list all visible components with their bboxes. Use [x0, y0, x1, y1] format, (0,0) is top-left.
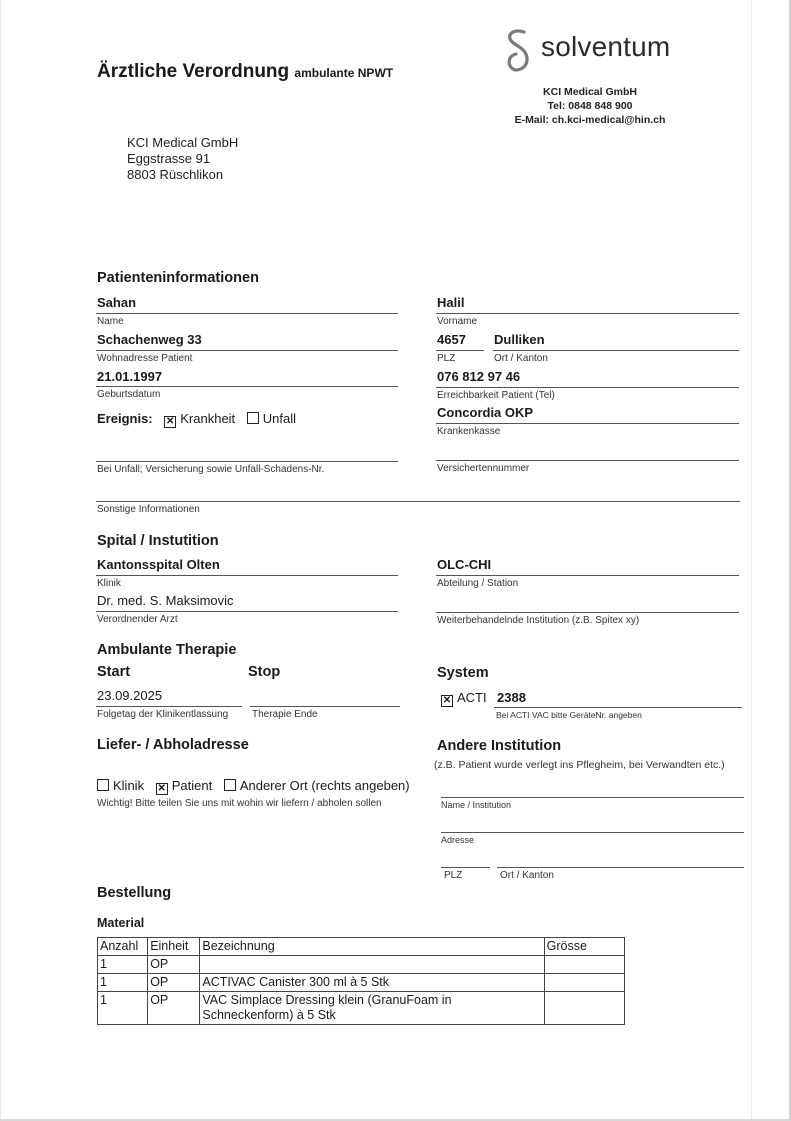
address-line-3: 8803 Rüschlikon [127, 167, 238, 183]
cell-einheit[interactable]: OP [148, 992, 200, 1025]
section-heading-therapy: Ambulante Therapie [97, 642, 236, 658]
other-institution-name-label: Name / Institution [441, 800, 511, 810]
delivery-option-label: Anderer Ort (rechts angeben) [240, 778, 410, 793]
other-info-label: Sonstige Informationen [97, 504, 200, 515]
contact-email: E-Mail: ch.kci-medical@hin.ch [490, 113, 690, 127]
cell-groesse[interactable] [544, 974, 624, 992]
clinic-value[interactable]: Kantonsspital Olten [97, 557, 220, 572]
delivery-option-label: Patient [172, 778, 212, 793]
therapy-stop-heading: Stop [248, 664, 280, 680]
solventum-logo: solventum [505, 28, 715, 76]
title-main: Ärztliche Verordnung [97, 61, 289, 82]
cell-einheit[interactable]: OP [148, 956, 200, 974]
recipient-address: KCI Medical GmbH Eggstrasse 91 8803 Rüsc… [127, 135, 238, 183]
other-institution-plz-label: PLZ [444, 870, 462, 881]
patient-address-label: Wohnadresse Patient [97, 353, 192, 364]
therapy-start-value[interactable]: 23.09.2025 [97, 688, 162, 703]
delivery-option-klinik[interactable]: Klinik [97, 778, 148, 793]
follow-up-label: Weiterbehandelnde Institution (z.B. Spit… [437, 615, 639, 626]
patient-birthdate-label: Geburtsdatum [97, 389, 160, 400]
department-line [436, 575, 739, 576]
cell-einheit[interactable]: OP [148, 974, 200, 992]
patient-phone-label: Erreichbarkeit Patient (Tel) [437, 390, 555, 401]
patient-name-label: Name [97, 316, 124, 327]
cell-groesse[interactable] [544, 992, 624, 1025]
other-institution-hint: (z.B. Patient wurde verlegt ins Pfleghei… [434, 759, 725, 771]
patient-insurance-line [436, 423, 739, 424]
patient-vorname-line [436, 313, 739, 314]
therapy-stop-label: Therapie Ende [252, 709, 318, 720]
follow-up-line[interactable] [436, 612, 739, 613]
patient-plz-value[interactable]: 4657 [437, 332, 466, 347]
column-header-groesse: Grösse [544, 938, 624, 956]
doctor-value[interactable]: Dr. med. S. Maksimovic [97, 593, 234, 608]
other-institution-address-line[interactable] [441, 832, 744, 833]
cell-groesse[interactable] [544, 956, 624, 974]
event-option-krankheit[interactable]: ✕Krankheit [164, 411, 239, 426]
system-hint: Bei ACTI VAC bitte GeräteNr. angeben [496, 710, 642, 720]
therapy-start-label: Folgetag der Klinikentlassung [97, 709, 228, 720]
solventum-s-icon [505, 28, 531, 74]
section-heading-order: Bestellung [97, 885, 171, 901]
table-header-row: Anzahl Einheit Bezeichnung Grösse [98, 938, 625, 956]
address-line-1: KCI Medical GmbH [127, 135, 238, 151]
patient-vorname-value[interactable]: Halil [437, 295, 464, 310]
scan-edge-right-inner [751, 0, 752, 1121]
patient-phone-line [436, 387, 739, 388]
contact-tel: Tel: 0848 848 900 [490, 99, 690, 113]
other-institution-address-label: Adresse [441, 835, 474, 845]
other-institution-name-line[interactable] [441, 797, 744, 798]
cell-anzahl[interactable]: 1 [98, 956, 148, 974]
checkbox-unchecked-icon[interactable] [224, 779, 236, 791]
logo-text: solventum [541, 31, 670, 63]
patient-ort-line [493, 350, 739, 351]
material-heading: Material [97, 916, 144, 930]
patient-vorname-label: Vorname [437, 316, 477, 327]
delivery-options: Klinik ✕Patient Anderer Ort (rechts ange… [97, 778, 418, 795]
checkbox-unchecked-icon[interactable] [97, 779, 109, 791]
therapy-stop-line[interactable] [250, 706, 400, 707]
clinic-label: Klinik [97, 578, 121, 589]
delivery-note: Wichtig! Bitte teilen Sie uns mit wohin … [97, 798, 382, 809]
address-line-2: Eggstrasse 91 [127, 151, 238, 167]
patient-plz-line [436, 350, 484, 351]
patient-insurance-value[interactable]: Concordia OKP [437, 405, 533, 420]
event-field: Ereignis: ✕Krankheit Unfall [97, 411, 304, 428]
column-header-anzahl: Anzahl [98, 938, 148, 956]
cell-anzahl[interactable]: 1 [98, 992, 148, 1025]
scan-edge-left [0, 0, 1, 1121]
other-institution-ort-line[interactable] [497, 867, 744, 868]
other-institution-plz-line[interactable] [441, 867, 490, 868]
section-heading-delivery: Liefer- / Abholadresse [97, 737, 249, 753]
delivery-option-patient[interactable]: ✕Patient [156, 778, 216, 793]
patient-phone-value[interactable]: 076 812 97 46 [437, 369, 520, 384]
doctor-line [96, 611, 398, 612]
other-institution-ort-label: Ort / Kanton [500, 870, 554, 881]
patient-birthdate-line [96, 386, 398, 387]
cell-bezeichnung[interactable]: ACTIVAC Canister 300 ml à 5 Stk [200, 974, 544, 992]
system-device-number[interactable]: 2388 [497, 690, 526, 705]
section-heading-system: System [437, 665, 489, 681]
event-option-label: Krankheit [180, 411, 235, 426]
event-option-label: Unfall [263, 411, 296, 426]
system-option-acti[interactable]: ✕ACTI [441, 690, 487, 707]
section-heading-patient: Patienteninformationen [97, 270, 259, 286]
insured-number-label: Versichertennummer [437, 463, 529, 474]
column-header-bezeichnung: Bezeichnung [200, 938, 544, 956]
patient-ort-label: Ort / Kanton [494, 353, 548, 364]
insured-number-line[interactable] [436, 460, 739, 461]
patient-name-value[interactable]: Sahan [97, 295, 136, 310]
event-label: Ereignis: [97, 411, 153, 426]
delivery-option-label: Klinik [113, 778, 144, 793]
patient-insurance-label: Krankenkasse [437, 426, 500, 437]
therapy-start-line [96, 706, 242, 707]
checkbox-checked-icon[interactable]: ✕ [156, 783, 168, 795]
patient-ort-value[interactable]: Dulliken [494, 332, 545, 347]
contact-company: KCI Medical GmbH [490, 85, 690, 99]
cell-bezeichnung[interactable]: VAC Simplace Dressing klein (GranuFoam i… [200, 992, 544, 1025]
accident-insurance-label: Bei Unfall; Versicherung sowie Unfall-Sc… [97, 464, 324, 475]
accident-insurance-line[interactable] [96, 461, 398, 462]
column-header-einheit: Einheit [148, 938, 200, 956]
department-value[interactable]: OLC-CHI [437, 557, 491, 572]
delivery-option-other[interactable]: Anderer Ort (rechts angeben) [224, 778, 410, 793]
cell-anzahl[interactable]: 1 [98, 974, 148, 992]
patient-address-line [96, 350, 398, 351]
therapy-start-heading: Start [97, 664, 130, 680]
contact-block: KCI Medical GmbH Tel: 0848 848 900 E-Mai… [490, 85, 690, 127]
table-row: 1 OP VAC Simplace Dressing klein (GranuF… [98, 992, 625, 1025]
system-option-label: ACTI [457, 690, 487, 705]
event-option-unfall[interactable]: Unfall [247, 411, 296, 426]
table-row: 1 OP [98, 956, 625, 974]
department-label: Abteilung / Station [437, 578, 518, 589]
system-device-line [494, 707, 742, 708]
material-table: Anzahl Einheit Bezeichnung Grösse 1 OP 1… [97, 937, 625, 1025]
checkbox-checked-icon[interactable]: ✕ [441, 695, 453, 707]
section-heading-hospital: Spital / Instutition [97, 533, 219, 549]
title-subtitle: ambulante NPWT [294, 66, 393, 80]
document-title: Ärztliche Verordnung ambulante NPWT [97, 61, 393, 83]
checkbox-checked-icon[interactable]: ✕ [164, 416, 176, 428]
patient-address-value[interactable]: Schachenweg 33 [97, 332, 202, 347]
patient-birthdate-value[interactable]: 21.01.1997 [97, 369, 162, 384]
section-heading-other-institution: Andere Institution [437, 738, 561, 754]
clinic-line [96, 575, 398, 576]
cell-bezeichnung[interactable] [200, 956, 544, 974]
doctor-label: Verordnender Arzt [97, 614, 178, 625]
table-row: 1 OP ACTIVAC Canister 300 ml à 5 Stk [98, 974, 625, 992]
patient-plz-label: PLZ [437, 353, 455, 364]
other-info-line[interactable] [96, 501, 740, 502]
checkbox-unchecked-icon[interactable] [247, 412, 259, 424]
patient-name-line [96, 313, 398, 314]
